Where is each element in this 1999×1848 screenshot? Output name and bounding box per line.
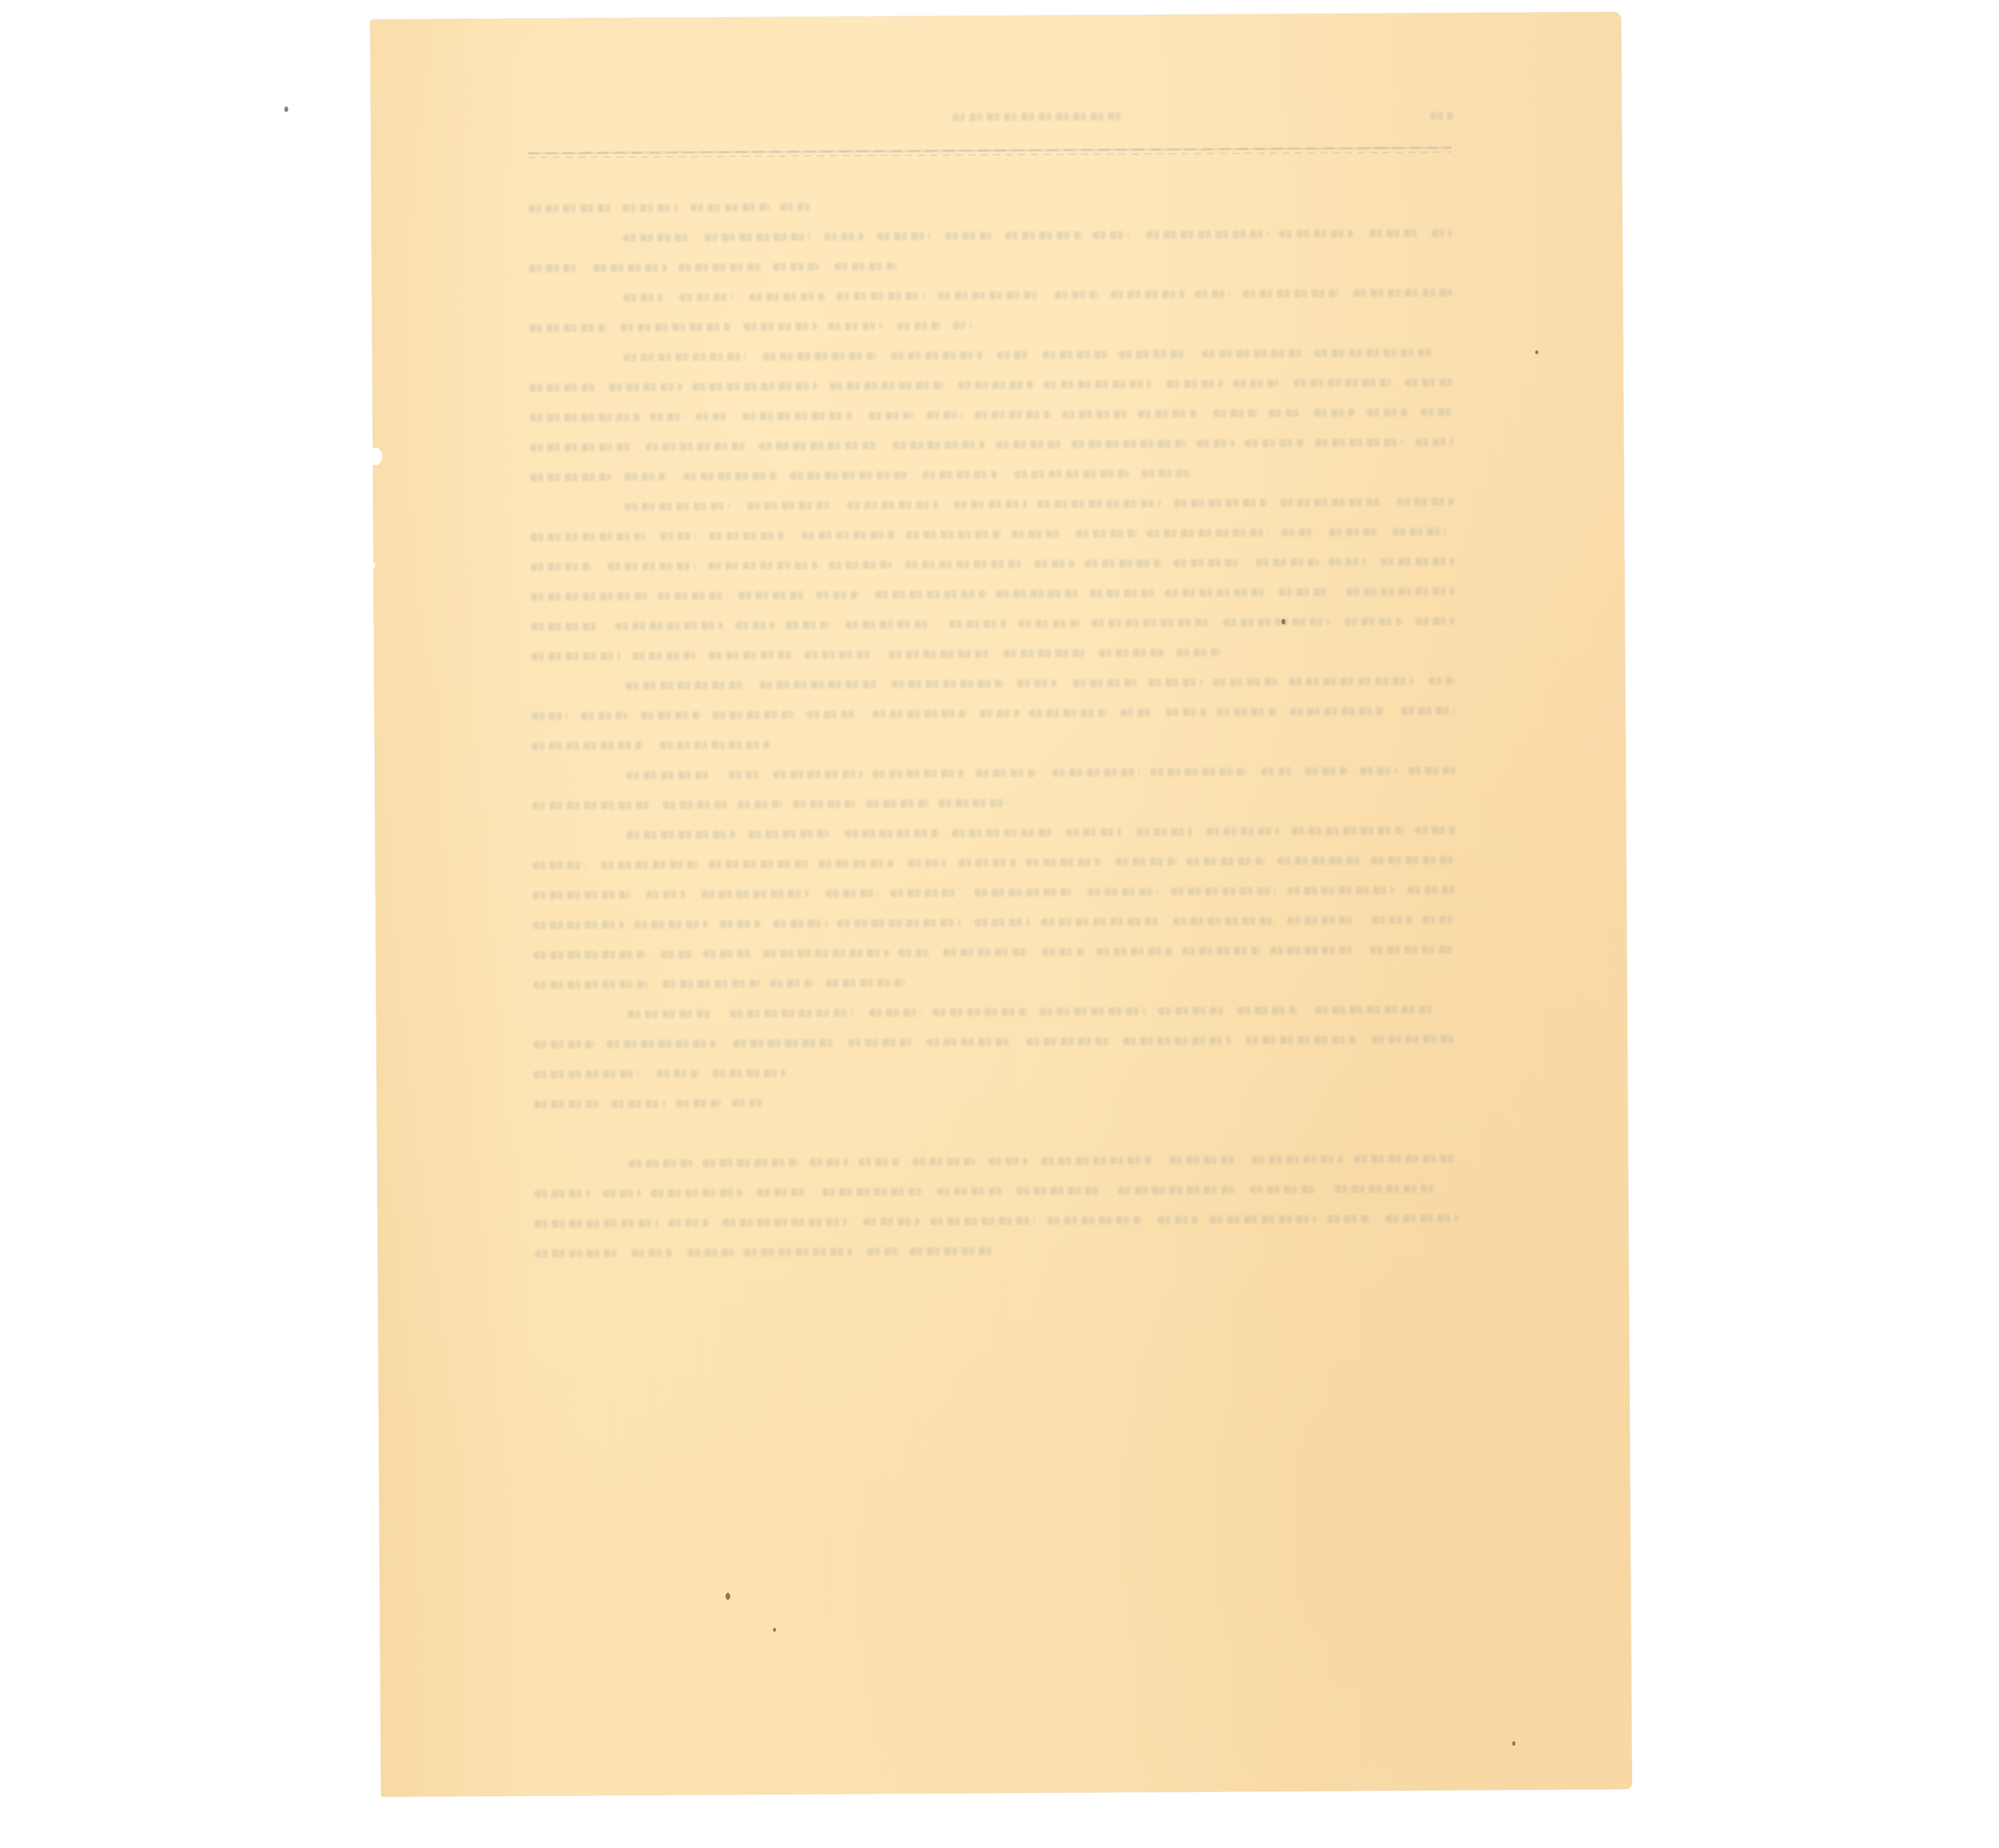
paragraph: [illegible]	[534, 1085, 1461, 1120]
body-text: [illegible][illegible][illegible][illegi…	[528, 189, 1462, 1270]
edge-tear-small	[370, 562, 375, 570]
text-line	[535, 1234, 1462, 1270]
paragraph: [illegible]	[532, 757, 1459, 822]
paragraph: [illegible]	[534, 1145, 1462, 1270]
paragraph: [illegible]	[534, 995, 1462, 1091]
document-page: [illegible] [illegible] [illegible][ille…	[370, 12, 1632, 1797]
text-line	[534, 1085, 1461, 1120]
page-number: [illegible]	[1430, 108, 1455, 123]
paragraph: [illegible]	[529, 279, 1456, 344]
paragraph: [illegible]	[530, 339, 1458, 493]
running-head: [illegible]	[952, 109, 1125, 127]
edge-tear	[369, 448, 382, 465]
paragraph: [illegible]	[531, 667, 1459, 762]
paragraph: [illegible]	[529, 219, 1456, 284]
paragraph: [illegible]	[530, 488, 1458, 673]
paragraph: [illegible]	[532, 816, 1460, 1001]
page-header: [illegible] [illegible]	[528, 107, 1455, 144]
